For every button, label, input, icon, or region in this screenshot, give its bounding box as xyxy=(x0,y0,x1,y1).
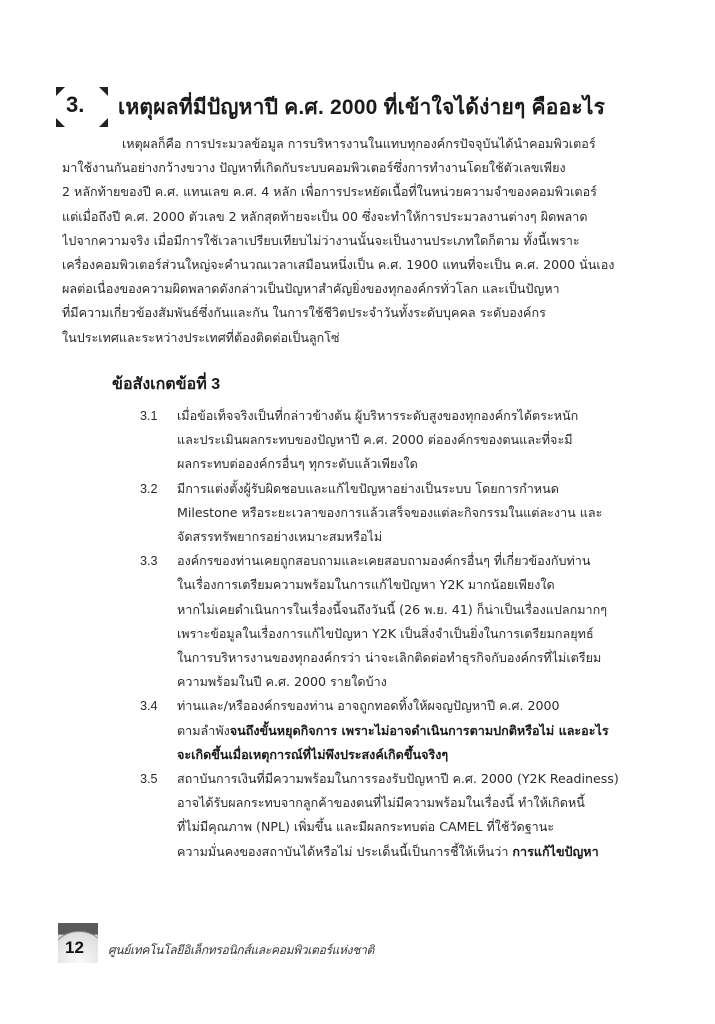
paragraph-line: ผลต่อเนื่องของความผิดพลาดดังกล่าวเป็นปัญ… xyxy=(62,277,660,301)
title-number: 3. xyxy=(66,92,84,118)
item-line: ท่านและ/หรือองค์กรของท่าน อาจถูกทอดทิ้งใ… xyxy=(177,694,665,718)
corner-marker-icon xyxy=(99,118,108,127)
corner-marker-icon xyxy=(56,118,65,127)
list-item: 3.3 องค์กรของท่านเคยถูกสอบถามและเคยสอบถา… xyxy=(140,549,665,694)
intro-paragraph: เหตุผลก็คือ การประมวลข้อมูล การบริหารงาน… xyxy=(62,132,660,350)
item-number: 3.5 xyxy=(140,767,158,791)
item-line: สถาบันการเงินที่มีความพร้อมในการรองรับปั… xyxy=(177,767,665,791)
item-number: 3.3 xyxy=(140,549,158,573)
paragraph-line: ไปจากความจริง เมื่อมีการใช้เวลาเปรียบเที… xyxy=(62,229,660,253)
item-number: 3.4 xyxy=(140,694,158,718)
paragraph-line: มาใช้งานกันอย่างกว้างขวาง ปัญหาที่เกิดกั… xyxy=(62,156,660,180)
section-title: 3. เหตุผลที่มีปัญหาปี ค.ศ. 2000 ที่เข้าใ… xyxy=(56,84,605,130)
item-line: ที่ไม่มีคุณภาพ (NPL) เพิ่มขึ้น และมีผลกร… xyxy=(177,815,665,839)
title-text: เหตุผลที่มีปัญหาปี ค.ศ. 2000 ที่เข้าใจได… xyxy=(118,91,605,124)
paragraph-line: ในประเทศและระหว่างประเทศที่ต้องติดต่อเป็… xyxy=(62,326,660,350)
item-line: เมื่อข้อเท็จจริงเป็นที่กล่าวข้างต้น ผู้บ… xyxy=(177,404,665,428)
item-line: จะเกิดขึ้นเมื่อเหตุการณ์ที่ไม่พึงประสงค์… xyxy=(177,743,665,767)
item-number: 3.2 xyxy=(140,477,158,501)
item-line: ความพร้อมในปี ค.ศ. 2000 รายใดบ้าง xyxy=(177,670,665,694)
paragraph-line: ที่มีความเกี่ยวข้องสัมพันธ์ซึ่งกันและกัน… xyxy=(62,301,660,325)
section-heading: ข้อสังเกตข้อที่ 3 xyxy=(112,372,220,397)
paragraph-line: 2 หลักท้ายของปี ค.ศ. แทนเลข ค.ศ. 4 หลัก … xyxy=(62,180,660,204)
list-item: 3.1 เมื่อข้อเท็จจริงเป็นที่กล่าวข้างต้น … xyxy=(140,404,665,477)
item-line: ในเรื่องการเตรียมความพร้อมในการแก้ไขปัญห… xyxy=(177,573,665,597)
item-line: มีการแต่งตั้งผู้รับผิดชอบและแก้ไขปัญหาอย… xyxy=(177,477,665,501)
item-line: และประเมินผลกระทบของปัญหาปี ค.ศ. 2000 ต่… xyxy=(177,428,665,452)
list-item: 3.2 มีการแต่งตั้งผู้รับผิดชอบและแก้ไขปัญ… xyxy=(140,477,665,550)
item-line: อาจได้รับผลกระทบจากลูกค้าของตนที่ไม่มีคว… xyxy=(177,791,665,815)
paragraph-line: เหตุผลก็คือ การประมวลข้อมูล การบริหารงาน… xyxy=(62,132,660,156)
item-line: Milestone หรือระยะเวลาของการแล้วเสร็จของ… xyxy=(177,501,665,525)
item-line: ความมั่นคงของสถาบันได้หรือไม่ ประเด็นนี้… xyxy=(177,840,665,864)
document-page: 3. เหตุผลที่มีปัญหาปี ค.ศ. 2000 ที่เข้าใ… xyxy=(0,0,715,1024)
observation-list: 3.1 เมื่อข้อเท็จจริงเป็นที่กล่าวข้างต้น … xyxy=(140,404,665,864)
emphasis-text: จะเกิดขึ้นเมื่อเหตุการณ์ที่ไม่พึงประสงค์… xyxy=(177,747,448,762)
footer-organization: ศูนย์เทคโนโลยีอิเล็กทรอนิกส์และคอมพิวเตอ… xyxy=(108,941,374,960)
emphasis-text: จนถึงขั้นหยุดกิจการ เพราะไม่อาจดำเนินการ… xyxy=(230,723,609,738)
list-item: 3.4 ท่านและ/หรือองค์กรของท่าน อาจถูกทอดท… xyxy=(140,694,665,767)
page-number: 12 xyxy=(65,938,84,958)
paragraph-line: เครื่องคอมพิวเตอร์ส่วนใหญ่จะคำนวณเวลาเสม… xyxy=(62,253,660,277)
item-number: 3.1 xyxy=(140,404,158,428)
title-number-frame: 3. xyxy=(56,87,108,127)
corner-marker-icon xyxy=(56,87,65,96)
item-line: องค์กรของท่านเคยถูกสอบถามและเคยสอบถามองค… xyxy=(177,549,665,573)
item-line: จัดสรรทรัพยากรอย่างเหมาะสมหรือไม่ xyxy=(177,525,665,549)
item-line: เพราะข้อมูลในเรื่องการแก้ไขปัญหา Y2K เป็… xyxy=(177,622,665,646)
item-line: ผลกระทบต่อองค์กรอื่นๆ ทุกระดับแล้วเพียงใ… xyxy=(177,452,665,476)
clock-dial-icon: 12 xyxy=(58,923,98,963)
page-footer: 12 ศูนย์เทคโนโลยีอิเล็กทรอนิกส์และคอมพิว… xyxy=(58,923,374,963)
item-line: หากไม่เคยดำเนินการในเรื่องนี้จนถึงวันนี้… xyxy=(177,598,665,622)
corner-marker-icon xyxy=(99,87,108,96)
list-item: 3.5 สถาบันการเงินที่มีความพร้อมในการรองร… xyxy=(140,767,665,864)
emphasis-text: การแก้ไขปัญหา xyxy=(512,844,598,859)
item-line: ตามลำพังจนถึงขั้นหยุดกิจการ เพราะไม่อาจด… xyxy=(177,719,665,743)
item-line: ในการบริหารงานของทุกองค์กรว่า น่าจะเลิกต… xyxy=(177,646,665,670)
paragraph-line: แต่เมื่อถึงปี ค.ศ. 2000 ตัวเลข 2 หลักสุด… xyxy=(62,205,660,229)
